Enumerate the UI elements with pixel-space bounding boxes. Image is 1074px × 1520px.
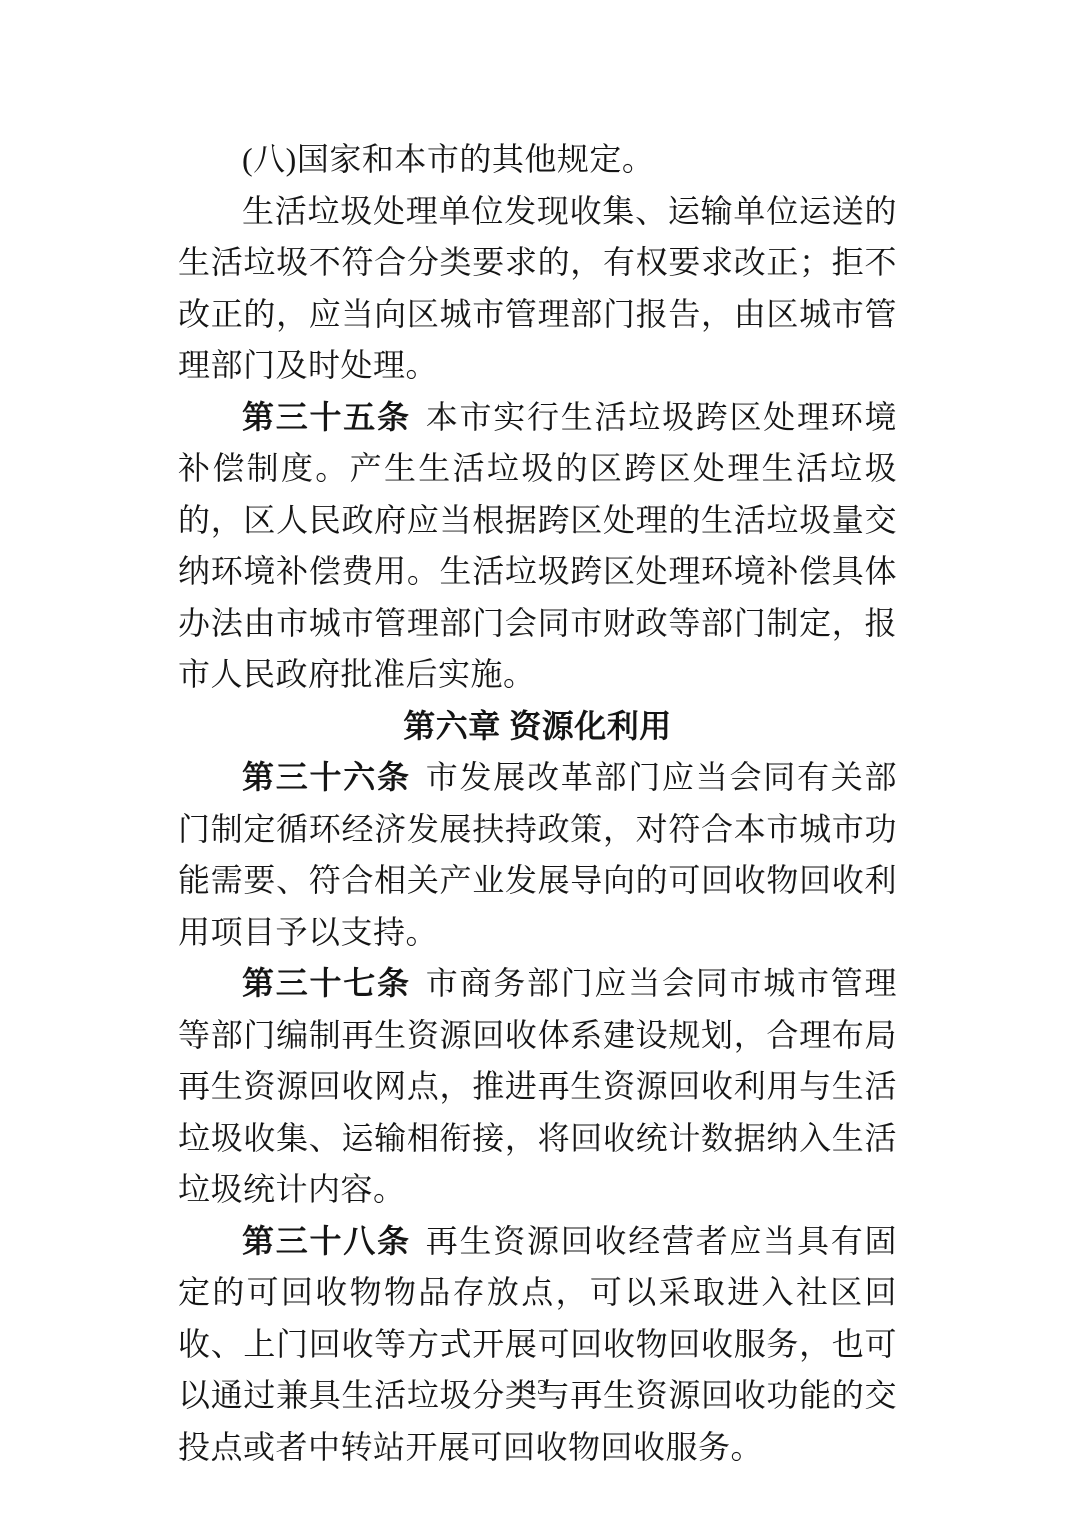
paragraph-article-36: 第三十六条市发展改革部门应当会同有关部门制定循环经济发展扶持政策，对符合本市城市… [178, 752, 897, 958]
paragraph-text: (八)国家和本市的其他规定。 [242, 141, 654, 177]
chapter-heading: 第六章 资源化利用 [178, 701, 897, 753]
paragraph-text: 本市实行生活垃圾跨区处理环境补偿制度。产生生活垃圾的区跨区处理生活垃圾的，区人民… [178, 399, 897, 693]
paragraph-article-38: 第三十八条再生资源回收经营者应当具有固定的可回收物物品存放点，可以采取进入社区回… [178, 1216, 897, 1474]
document-body: (八)国家和本市的其他规定。 生活垃圾处理单位发现收集、运输单位运送的生活垃圾不… [178, 134, 897, 1473]
paragraph-item-8: (八)国家和本市的其他规定。 [178, 134, 897, 186]
paragraph-article-37: 第三十七条市商务部门应当会同市城市管理等部门编制再生资源回收体系建设规划，合理布… [178, 958, 897, 1216]
paragraph-handling-units: 生活垃圾处理单位发现收集、运输单位运送的生活垃圾不符合分类要求的，有权要求改正；… [178, 186, 897, 392]
paragraph-text: 市商务部门应当会同市城市管理等部门编制再生资源回收体系建设规划，合理布局再生资源… [178, 965, 897, 1207]
article-number: 第三十五条 [242, 399, 411, 435]
paragraph-text: 生活垃圾处理单位发现收集、运输单位运送的生活垃圾不符合分类要求的，有权要求改正；… [178, 193, 897, 384]
document-page: (八)国家和本市的其他规定。 生活垃圾处理单位发现收集、运输单位运送的生活垃圾不… [0, 0, 1074, 1520]
page-number: 13 [0, 1372, 1074, 1402]
paragraph-article-35: 第三十五条本市实行生活垃圾跨区处理环境补偿制度。产生生活垃圾的区跨区处理生活垃圾… [178, 392, 897, 701]
article-number: 第三十七条 [242, 965, 411, 1001]
article-number: 第三十八条 [242, 1223, 411, 1259]
article-number: 第三十六条 [242, 759, 411, 795]
